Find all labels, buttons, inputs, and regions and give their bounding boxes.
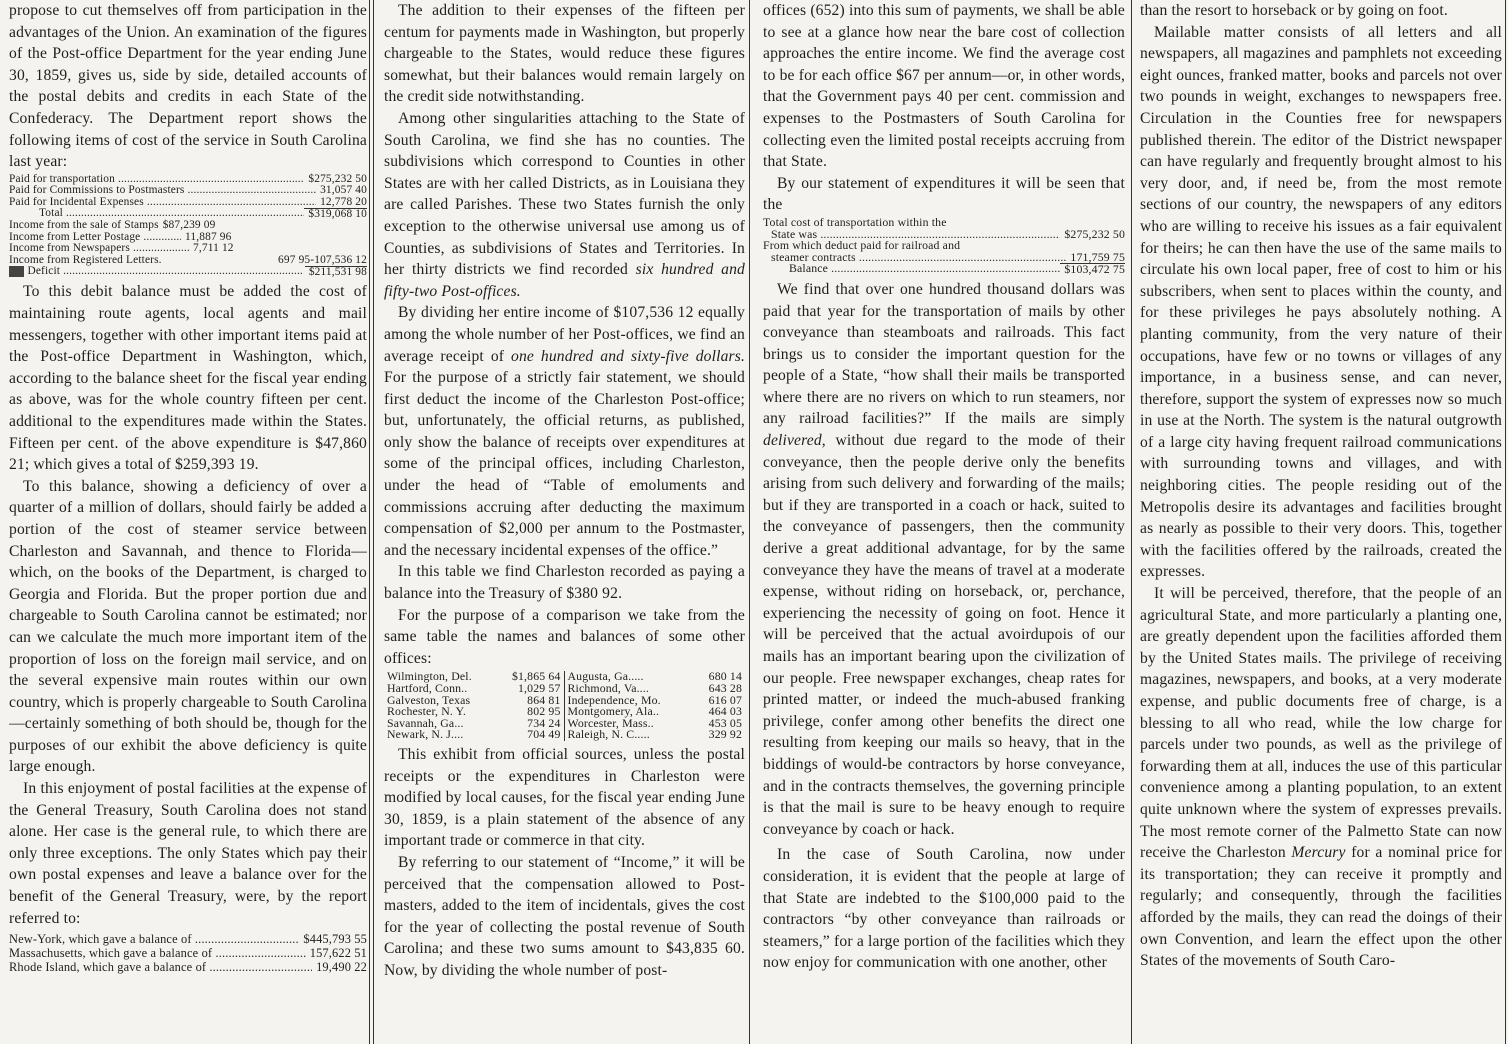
transport-ledger: Total cost of transportation within the … (763, 217, 1125, 276)
offices-balance-table: Wilmington, Del.$1,865 64 Hartford, Conn… (384, 671, 745, 741)
paragraph: By our statement of expenditures it will… (763, 173, 1125, 216)
ledger-row: Income from Registered Letters. 697 95-1… (9, 255, 367, 266)
ledger-row: New-York, which gave a balance of $445,7… (9, 932, 367, 946)
column-4: than the resort to horseback or by going… (1140, 0, 1502, 1044)
paragraph: Among other singularities attaching to t… (384, 108, 745, 302)
paragraph: To this debit balance must be added the … (9, 281, 367, 475)
ledger-deficit-row: SS Deficit $211,531 98 (9, 266, 367, 278)
ledger-row: Rhode Island, which gave a balance of 19… (9, 960, 367, 974)
paragraph: By dividing her entire income of $107,53… (384, 302, 745, 561)
offices-right-column: Augusta, Ga.....680 14 Richmond, Va....6… (565, 671, 746, 741)
office-row: Raleigh, N. C.....329 92 (565, 729, 746, 741)
column-divider (369, 0, 374, 1044)
column-divider (749, 0, 750, 1044)
ledger-row: Paid for Incidental Expenses 12,778 20 (9, 197, 367, 208)
paragraph: It will be perceived, therefore, that th… (1140, 583, 1502, 972)
expense-ledger: Paid for transportation $275,232 50 Paid… (9, 174, 367, 279)
column-1: propose to cut themselves off from parti… (9, 0, 367, 1044)
newspaper-page: propose to cut themselves off from parti… (0, 0, 1508, 1044)
ledger-row: Paid for Commissions to Postmasters 31,0… (9, 185, 367, 196)
paragraph: In this enjoyment of postal facilities a… (9, 778, 367, 929)
ledger-row: Massachusetts, which gave a balance of 1… (9, 946, 367, 960)
paragraph: propose to cut themselves off from parti… (9, 0, 367, 173)
paragraph: We find that over one hundred thousand d… (763, 279, 1125, 840)
offices-left-column: Wilmington, Del.$1,865 64 Hartford, Conn… (384, 671, 565, 741)
paragraph: Mailable matter consists of all letters … (1140, 22, 1502, 583)
column-divider (1131, 0, 1132, 1044)
paragraph: By referring to our statement of “Income… (384, 852, 745, 982)
paragraph: For the purpose of a comparison we take … (384, 605, 745, 670)
paragraph: This exhibit from official sources, unle… (384, 744, 745, 852)
paragraph: To this balance, showing a deficiency of… (9, 476, 367, 778)
column-2: The addition to their expenses of the fi… (384, 0, 745, 1044)
ledger-balance-row: Balance $103,472 75 (763, 263, 1125, 276)
paragraph: In this table we find Charleston recorde… (384, 561, 745, 604)
states-balance-table: New-York, which gave a balance of $445,7… (9, 932, 367, 974)
paragraph: than the resort to horseback or by going… (1140, 0, 1502, 22)
office-row: Newark, N. J....704 49 (384, 729, 564, 741)
paragraph: The addition to their expenses of the fi… (384, 0, 745, 108)
column-3: offices (652) into this sum of payments,… (763, 0, 1125, 1044)
paragraph: offices (652) into this sum of payments,… (763, 0, 1125, 173)
page-edge-rule (1505, 0, 1506, 1044)
ledger-row: Income from Letter Postage 11,887 96 (9, 232, 367, 243)
paragraph: In the case of South Carolina, now under… (763, 844, 1125, 974)
struck-word: SS (9, 266, 24, 277)
ledger-row: Paid for transportation $275,232 50 (9, 174, 367, 185)
